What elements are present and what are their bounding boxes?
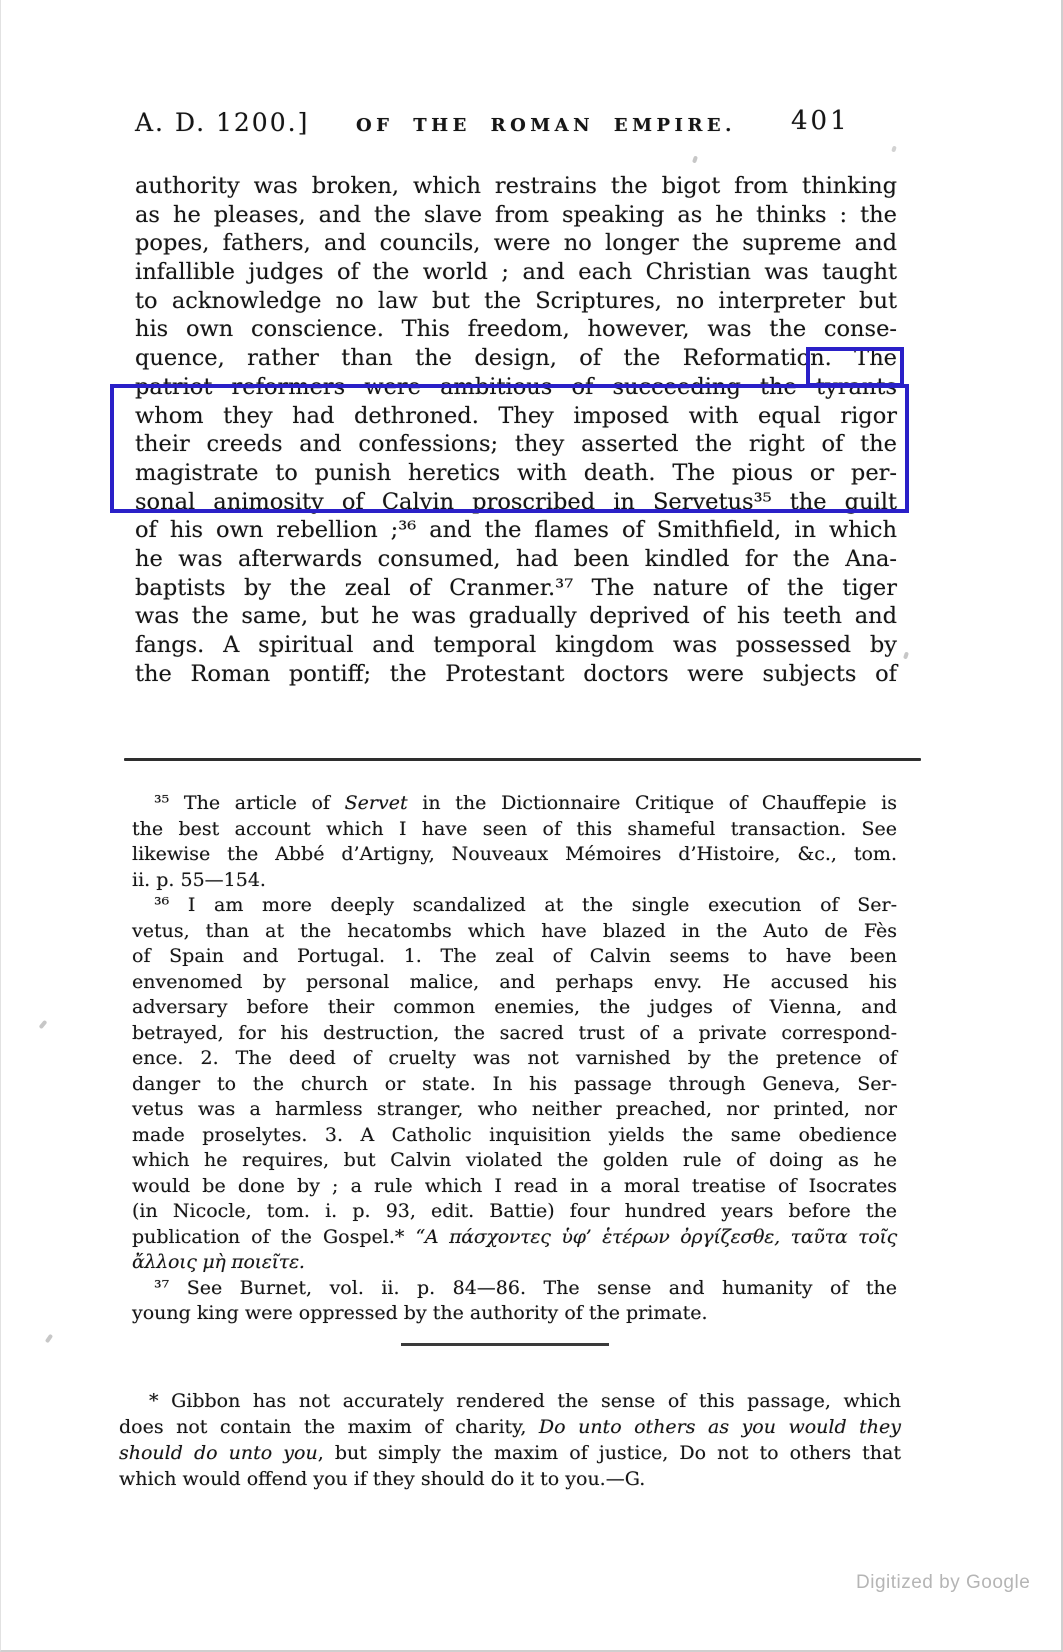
text-line: likewise the Abbé d’Artigny, Nouveaux Mé…: [132, 842, 897, 868]
text-line: made proselytes. 3. A Catholic inquisiti…: [132, 1123, 897, 1149]
text-segment: danger to the church or state. In his pa…: [132, 1073, 897, 1095]
text-line: which would offend you if they should do…: [119, 1466, 901, 1492]
scan-speck: [891, 146, 897, 153]
text-line: authority was broken, which restrains th…: [135, 172, 897, 201]
scan-speck: [903, 652, 909, 660]
text-segment: does not contain the maxim of charity,: [119, 1416, 539, 1438]
text-line: ἄλλοις μὴ ποιεῖτε.: [132, 1250, 897, 1276]
text-line: he was afterwards consumed, had been kin…: [135, 545, 897, 574]
text-segment: which he requires, but Calvin violated t…: [132, 1149, 897, 1171]
text-segment: ence. 2. The deed of cruelty was not var…: [132, 1047, 897, 1069]
text-line: betrayed, for his destruction, the sacre…: [132, 1021, 897, 1047]
text-segment: which would offend you if they should do…: [119, 1468, 645, 1490]
emphasized-text: Do unto others as you would they: [539, 1416, 901, 1438]
text-segment: adversary before their common enemies, t…: [132, 996, 897, 1018]
text-segment: vetus was a harmless stranger, who neith…: [132, 1098, 897, 1120]
text-segment: as he pleases, and the slave from speaki…: [135, 202, 897, 228]
text-segment: publication of the Gospel.*: [132, 1226, 415, 1248]
text-line: would be done by ; a rule which I read i…: [132, 1174, 897, 1200]
text-segment: vetus, than at the hecatombs which have …: [132, 920, 897, 942]
text-segment: to acknowledge no law but the Scriptures…: [135, 288, 897, 314]
text-line: envenomed by personal malice, and perhap…: [132, 970, 897, 996]
text-segment: envenomed by personal malice, and perhap…: [132, 971, 897, 993]
emphasized-text: Servet: [345, 792, 408, 814]
text-segment: quence, rather than the design, of the R…: [135, 345, 897, 371]
text-segment: the Roman pontiff; the Protestant doctor…: [135, 661, 897, 687]
text-segment: ³⁶ I am more deeply scandalized at the s…: [154, 894, 897, 916]
text-segment: of his own rebellion ;³⁶ and the flames …: [135, 517, 897, 543]
text-line: of his own rebellion ;³⁶ and the flames …: [135, 516, 897, 545]
text-line: vetus was a harmless stranger, who neith…: [132, 1097, 897, 1123]
text-line: danger to the church or state. In his pa…: [132, 1072, 897, 1098]
text-line: * Gibbon has not accurately rendered the…: [119, 1388, 901, 1414]
header-date-label: A. D. 1200.]: [135, 108, 309, 137]
text-line: publication of the Gospel.* “Α πάσχοντες…: [132, 1225, 897, 1251]
text-line: his own conscience. This freedom, howeve…: [135, 315, 897, 344]
text-segment: of Spain and Portugal. 1. The zeal of Ca…: [132, 945, 897, 967]
editor-note-paragraph: * Gibbon has not accurately rendered the…: [119, 1388, 901, 1492]
text-line: does not contain the maxim of charity, D…: [119, 1414, 901, 1440]
text-segment: he was afterwards consumed, had been kin…: [135, 546, 897, 572]
scan-speck: [39, 1020, 48, 1029]
scan-speck: [45, 1334, 53, 1344]
text-line: was the same, but he was gradually depri…: [135, 602, 897, 631]
text-segment: fangs. A spiritual and temporal kingdom …: [135, 632, 897, 658]
text-line: ³⁶ I am more deeply scandalized at the s…: [132, 893, 897, 919]
text-segment: popes, fathers, and councils, were no lo…: [135, 230, 897, 256]
google-watermark: Digitized by Google: [856, 1572, 1030, 1594]
text-line: ³⁷ See Burnet, vol. ii. p. 84—86. The se…: [132, 1276, 897, 1302]
text-segment: * Gibbon has not accurately rendered the…: [149, 1390, 901, 1412]
text-segment: , but simply the maxim of justice, Do no…: [318, 1442, 901, 1464]
scan-speck: [692, 156, 698, 164]
text-segment: authority was broken, which restrains th…: [135, 173, 897, 199]
text-segment: baptists by the zeal of Cranmer.³⁷ The n…: [135, 575, 897, 601]
footnote-37: ³⁷ See Burnet, vol. ii. p. 84—86. The se…: [132, 1276, 897, 1327]
emphasized-text: ἄλλοις μὴ ποιεῖτε.: [132, 1251, 305, 1273]
text-segment: would be done by ; a rule which I read i…: [132, 1175, 897, 1197]
text-line: young king were oppressed by the authori…: [132, 1301, 897, 1327]
footnote-35: ³⁵ The article of Servet in the Dictionn…: [132, 791, 897, 893]
text-line: (in Nicocle, tom. i. p. 93, edit. Battie…: [132, 1199, 897, 1225]
text-segment: infallible judges of the world ; and eac…: [135, 259, 897, 285]
text-line: ³⁵ The article of Servet in the Dictionn…: [132, 791, 897, 817]
text-segment: made proselytes. 3. A Catholic inquisiti…: [132, 1124, 897, 1146]
emphasized-text: should do unto you: [119, 1442, 318, 1464]
text-segment: (in Nicocle, tom. i. p. 93, edit. Battie…: [132, 1200, 897, 1222]
text-segment: likewise the Abbé d’Artigny, Nouveaux Mé…: [132, 843, 897, 865]
text-line: popes, fathers, and councils, were no lo…: [135, 229, 897, 258]
header-running-title: OF THE ROMAN EMPIRE.: [356, 115, 736, 136]
editor-note-separator-rule: [401, 1343, 609, 1346]
text-segment: the best account which I have seen of th…: [132, 818, 897, 840]
footnote-separator-rule: [124, 758, 921, 761]
text-segment: young king were oppressed by the authori…: [132, 1302, 708, 1324]
text-line: infallible judges of the world ; and eac…: [135, 258, 897, 287]
text-segment: his own conscience. This freedom, howeve…: [135, 316, 897, 342]
text-line: the best account which I have seen of th…: [132, 817, 897, 843]
text-line: vetus, than at the hecatombs which have …: [132, 919, 897, 945]
text-line: quence, rather than the design, of the R…: [135, 344, 897, 373]
text-segment: ³⁵ The article of: [154, 792, 345, 814]
text-segment: in the Dictionnaire Critique of Chauffep…: [408, 792, 897, 814]
text-line: fangs. A spiritual and temporal kingdom …: [135, 631, 897, 660]
highlight-box-passage: [110, 384, 909, 513]
header-page-number: 401: [791, 106, 850, 136]
highlight-box-the: [806, 347, 904, 387]
text-line: the Roman pontiff; the Protestant doctor…: [135, 660, 897, 689]
emphasized-text: “Α πάσχοντες ὑφ’ ἑτέρων ὀργίζεσθε, ταῦτα…: [415, 1226, 897, 1248]
scanned-book-page: A. D. 1200.] OF THE ROMAN EMPIRE. 401 au…: [0, 0, 1063, 1652]
text-line: baptists by the zeal of Cranmer.³⁷ The n…: [135, 574, 897, 603]
text-line: adversary before their common enemies, t…: [132, 995, 897, 1021]
text-line: ii. p. 55—154.: [132, 868, 897, 894]
text-line: should do unto you, but simply the maxim…: [119, 1440, 901, 1466]
text-segment: ii. p. 55—154.: [132, 869, 266, 891]
text-segment: betrayed, for his destruction, the sacre…: [132, 1022, 897, 1044]
text-segment: ³⁷ See Burnet, vol. ii. p. 84—86. The se…: [154, 1277, 897, 1299]
text-segment: was the same, but he was gradually depri…: [135, 603, 897, 629]
text-line: to acknowledge no law but the Scriptures…: [135, 287, 897, 316]
text-line: ence. 2. The deed of cruelty was not var…: [132, 1046, 897, 1072]
text-line: of Spain and Portugal. 1. The zeal of Ca…: [132, 944, 897, 970]
text-line: as he pleases, and the slave from speaki…: [135, 201, 897, 230]
footnotes-section: ³⁵ The article of Servet in the Dictionn…: [132, 791, 897, 1327]
text-line: which he requires, but Calvin violated t…: [132, 1148, 897, 1174]
footnote-36: ³⁶ I am more deeply scandalized at the s…: [132, 893, 897, 1276]
